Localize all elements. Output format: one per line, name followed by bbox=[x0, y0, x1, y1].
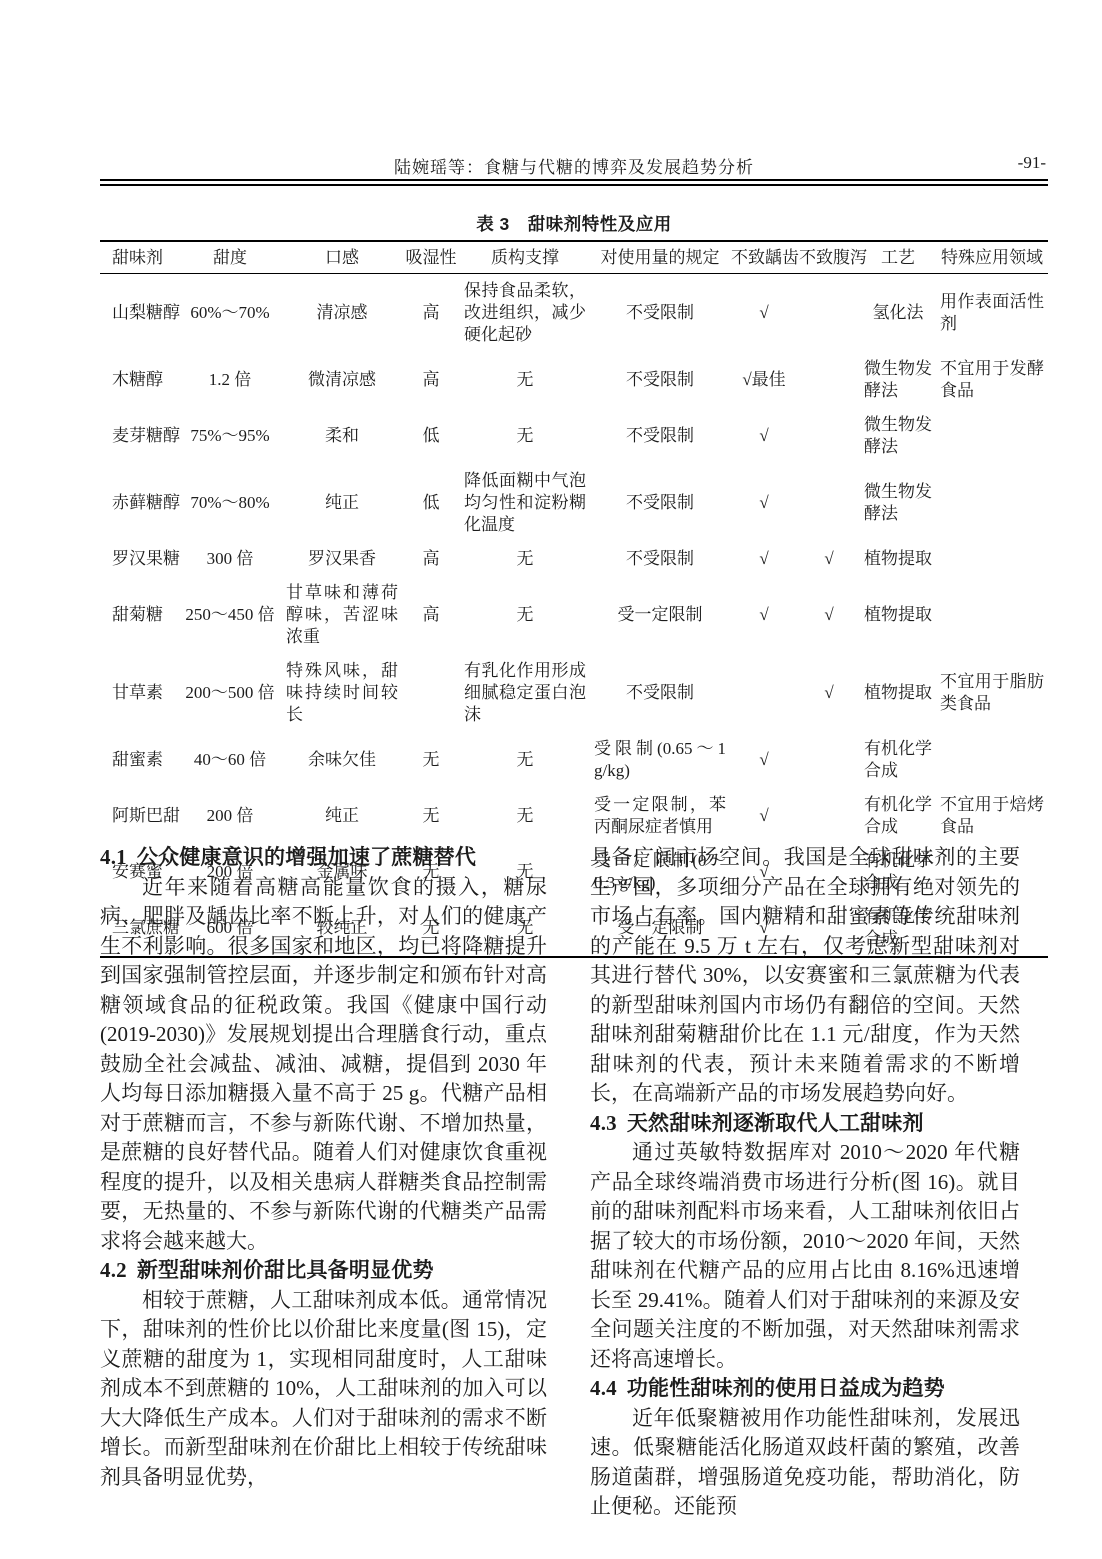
table-cell: √ bbox=[730, 408, 798, 464]
table-cell: √最佳 bbox=[730, 352, 798, 408]
table-cell: 200～500 倍 bbox=[178, 654, 282, 732]
table-cell: 受一定限制 bbox=[590, 576, 730, 654]
table-cell: √ bbox=[730, 464, 798, 542]
table-row: 罗汉果糖300 倍罗汉果香高无不受限制√√植物提取 bbox=[100, 542, 1048, 576]
table-cell: 微生物发酵法 bbox=[860, 352, 936, 408]
table-cell: 无 bbox=[402, 732, 460, 788]
table-cell: 微清凉感 bbox=[282, 352, 402, 408]
column-header: 对使用量的规定 bbox=[590, 241, 730, 274]
table-row: 甜蜜素40～60 倍余味欠佳无无受限制(0.65～1 g/kg)√有机化学合成 bbox=[100, 732, 1048, 788]
table-cell: 受一定限制，苯丙酮尿症者慎用 bbox=[590, 788, 730, 844]
table-cell: √ bbox=[798, 654, 860, 732]
section-heading: 4.3天然甜味剂逐渐取代人工甜味剂 bbox=[590, 1109, 1020, 1139]
table-cell: 不宜用于脂肪类食品 bbox=[936, 654, 1048, 732]
sweetener-name-cell: 阿斯巴甜 bbox=[100, 788, 178, 844]
section-heading: 4.1公众健康意识的增强加速了蔗糖替代 bbox=[100, 843, 547, 873]
page-number: -91- bbox=[1018, 153, 1046, 173]
table-cell: 植物提取 bbox=[860, 576, 936, 654]
table-cell bbox=[798, 274, 860, 353]
table-cell bbox=[936, 576, 1048, 654]
table-cell bbox=[402, 654, 460, 732]
table-cell bbox=[936, 542, 1048, 576]
table-cell bbox=[798, 788, 860, 844]
table-cell: 60%～70% bbox=[178, 274, 282, 353]
table-cell: √ bbox=[798, 542, 860, 576]
sweetener-name-cell: 山梨糖醇 bbox=[100, 274, 178, 353]
table-cell: √ bbox=[730, 732, 798, 788]
column-header: 甜度 bbox=[178, 241, 282, 274]
table-cell: 40～60 倍 bbox=[178, 732, 282, 788]
table-row: 麦芽糖醇75%～95%柔和低无不受限制√微生物发酵法 bbox=[100, 408, 1048, 464]
table-cell: 清凉感 bbox=[282, 274, 402, 353]
table-cell: 不宜用于焙烤食品 bbox=[936, 788, 1048, 844]
column-header: 口感 bbox=[282, 241, 402, 274]
header-double-rule bbox=[100, 179, 1048, 186]
body-paragraph: 通过英敏特数据库对 2010～2020 年代糖产品全球终端消费市场进行分析(图 … bbox=[590, 1138, 1020, 1374]
table-cell: 无 bbox=[460, 408, 590, 464]
running-head: 陆婉瑶等：食糖与代糖的博弈及发展趋势分析 -91- bbox=[100, 153, 1048, 177]
table-cell bbox=[798, 352, 860, 408]
table-cell: 高 bbox=[402, 274, 460, 353]
table-cell: 250～450 倍 bbox=[178, 576, 282, 654]
table-cell bbox=[730, 654, 798, 732]
table-cell: 保持食品柔软，改进组织，减少硬化起砂 bbox=[460, 274, 590, 353]
section-number: 4.1 bbox=[100, 845, 127, 869]
table-cell bbox=[936, 732, 1048, 788]
body-paragraph: 近年来随着高糖高能量饮食的摄入，糖尿病、肥胖及龋齿比率不断上升，对人们的健康产生… bbox=[100, 873, 547, 1257]
table-cell: 纯正 bbox=[282, 464, 402, 542]
table-cell: √ bbox=[730, 788, 798, 844]
table-cell: 微生物发酵法 bbox=[860, 464, 936, 542]
section-number: 4.4 bbox=[590, 1376, 617, 1400]
column-header: 质构支撑 bbox=[460, 241, 590, 274]
table-head: 甜味剂甜度口感吸湿性质构支撑对使用量的规定不致龋齿不致腹泻工艺特殊应用领域 bbox=[100, 241, 1048, 274]
table-cell: 特殊风味，甜味持续时间较长 bbox=[282, 654, 402, 732]
body-paragraph: 具备广阔市场空间。我国是全球甜味剂的主要生产国，多项细分产品在全球拥有绝对领先的… bbox=[590, 843, 1020, 1109]
table-cell: 有机化学合成 bbox=[860, 788, 936, 844]
table-cell: 余味欠佳 bbox=[282, 732, 402, 788]
table-cell: 罗汉果香 bbox=[282, 542, 402, 576]
table-cell: 70%～80% bbox=[178, 464, 282, 542]
sweetener-name-cell: 甜蜜素 bbox=[100, 732, 178, 788]
table-cell: 降低面糊中气泡均匀性和淀粉糊化温度 bbox=[460, 464, 590, 542]
table-row: 赤藓糖醇70%～80%纯正低降低面糊中气泡均匀性和淀粉糊化温度不受限制√微生物发… bbox=[100, 464, 1048, 542]
sweetener-name-cell: 木糖醇 bbox=[100, 352, 178, 408]
table-cell: 200 倍 bbox=[178, 788, 282, 844]
table-cell: 不受限制 bbox=[590, 464, 730, 542]
body-column-right: 具备广阔市场空间。我国是全球甜味剂的主要生产国，多项细分产品在全球拥有绝对领先的… bbox=[590, 843, 1020, 1522]
column-header: 不致龋齿 bbox=[730, 241, 798, 274]
table-cell: 不宜用于发酵食品 bbox=[936, 352, 1048, 408]
table-cell: 75%～95% bbox=[178, 408, 282, 464]
sweetener-name-cell: 赤藓糖醇 bbox=[100, 464, 178, 542]
table-cell: 有乳化作用形成细腻稳定蛋白泡沫 bbox=[460, 654, 590, 732]
table-cell: 低 bbox=[402, 408, 460, 464]
table-cell: 1.2 倍 bbox=[178, 352, 282, 408]
sweetener-name-cell: 罗汉果糖 bbox=[100, 542, 178, 576]
table-cell: 无 bbox=[460, 576, 590, 654]
table-cell: 不受限制 bbox=[590, 542, 730, 576]
table-cell: 不受限制 bbox=[590, 654, 730, 732]
table-cell: 无 bbox=[402, 788, 460, 844]
table-cell: √ bbox=[798, 576, 860, 654]
section-number: 4.2 bbox=[100, 1258, 127, 1282]
table-cell bbox=[936, 464, 1048, 542]
section-title: 新型甜味剂价甜比具备明显优势 bbox=[137, 1259, 434, 1282]
section-title: 功能性甜味剂的使用日益成为趋势 bbox=[627, 1377, 945, 1400]
running-title: 陆婉瑶等：食糖与代糖的博弈及发展趋势分析 bbox=[100, 153, 1048, 178]
section-heading: 4.2新型甜味剂价甜比具备明显优势 bbox=[100, 1256, 547, 1286]
table-cell: √ bbox=[730, 274, 798, 353]
table-row: 阿斯巴甜200 倍纯正无无受一定限制，苯丙酮尿症者慎用√有机化学合成不宜用于焙烤… bbox=[100, 788, 1048, 844]
table-cell: 300 倍 bbox=[178, 542, 282, 576]
table-cell bbox=[798, 732, 860, 788]
paper-page: 陆婉瑶等：食糖与代糖的博弈及发展趋势分析 -91- 表 3 甜味剂特性及应用 甜… bbox=[0, 0, 1102, 1559]
body-paragraph: 近年低聚糖被用作功能性甜味剂，发展迅速。低聚糖能活化肠道双歧杆菌的繁殖，改善肠道… bbox=[590, 1404, 1020, 1522]
table-row: 木糖醇1.2 倍微清凉感高无不受限制√最佳微生物发酵法不宜用于发酵食品 bbox=[100, 352, 1048, 408]
table-cell: 氢化法 bbox=[860, 274, 936, 353]
table-cell: 不受限制 bbox=[590, 408, 730, 464]
table-row: 甘草素200～500 倍特殊风味，甜味持续时间较长有乳化作用形成细腻稳定蛋白泡沫… bbox=[100, 654, 1048, 732]
table-cell: 低 bbox=[402, 464, 460, 542]
column-header: 特殊应用领域 bbox=[936, 241, 1048, 274]
sweetener-name-cell: 麦芽糖醇 bbox=[100, 408, 178, 464]
table-cell: 高 bbox=[402, 352, 460, 408]
table-cell: 植物提取 bbox=[860, 654, 936, 732]
table-cell: 有机化学合成 bbox=[860, 732, 936, 788]
table-cell: 高 bbox=[402, 542, 460, 576]
table-cell: 不受限制 bbox=[590, 352, 730, 408]
table-cell bbox=[798, 464, 860, 542]
table-cell: 纯正 bbox=[282, 788, 402, 844]
table-cell: 微生物发酵法 bbox=[860, 408, 936, 464]
section-heading: 4.4功能性甜味剂的使用日益成为趋势 bbox=[590, 1374, 1020, 1404]
sweetener-name-cell: 甜菊糖 bbox=[100, 576, 178, 654]
column-header: 吸湿性 bbox=[402, 241, 460, 274]
column-header: 工艺 bbox=[860, 241, 936, 274]
section-title: 公众健康意识的增强加速了蔗糖替代 bbox=[137, 846, 476, 869]
table-cell: 无 bbox=[460, 732, 590, 788]
table-cell: 植物提取 bbox=[860, 542, 936, 576]
table-cell: 高 bbox=[402, 576, 460, 654]
table-cell: 无 bbox=[460, 352, 590, 408]
table-cell: 不受限制 bbox=[590, 274, 730, 353]
body-column-left: 4.1公众健康意识的增强加速了蔗糖替代近年来随着高糖高能量饮食的摄入，糖尿病、肥… bbox=[100, 843, 547, 1492]
table-cell bbox=[936, 408, 1048, 464]
section-title: 天然甜味剂逐渐取代人工甜味剂 bbox=[627, 1112, 924, 1135]
table-cell bbox=[798, 408, 860, 464]
table-cell: √ bbox=[730, 576, 798, 654]
column-header: 不致腹泻 bbox=[798, 241, 860, 274]
table-cell: 无 bbox=[460, 542, 590, 576]
section-number: 4.3 bbox=[590, 1111, 617, 1135]
sweetener-name-cell: 甘草素 bbox=[100, 654, 178, 732]
column-header: 甜味剂 bbox=[100, 241, 178, 274]
table-cell: 用作表面活性剂 bbox=[936, 274, 1048, 353]
table-row: 甜菊糖250～450 倍甘草味和薄荷醇味，苦涩味浓重高无受一定限制√√植物提取 bbox=[100, 576, 1048, 654]
table-cell: √ bbox=[730, 542, 798, 576]
table-caption: 表 3 甜味剂特性及应用 bbox=[100, 211, 1048, 236]
table-cell: 无 bbox=[460, 788, 590, 844]
table-cell: 受限制(0.65～1 g/kg) bbox=[590, 732, 730, 788]
table-row: 山梨糖醇60%～70%清凉感高保持食品柔软，改进组织，减少硬化起砂不受限制√氢化… bbox=[100, 274, 1048, 353]
table-cell: 甘草味和薄荷醇味，苦涩味浓重 bbox=[282, 576, 402, 654]
table-header-row: 甜味剂甜度口感吸湿性质构支撑对使用量的规定不致龋齿不致腹泻工艺特殊应用领域 bbox=[100, 241, 1048, 274]
body-paragraph: 相较于蔗糖，人工甜味剂成本低。通常情况下，甜味剂的性价比以价甜比来度量(图 15… bbox=[100, 1286, 547, 1493]
table-cell: 柔和 bbox=[282, 408, 402, 464]
